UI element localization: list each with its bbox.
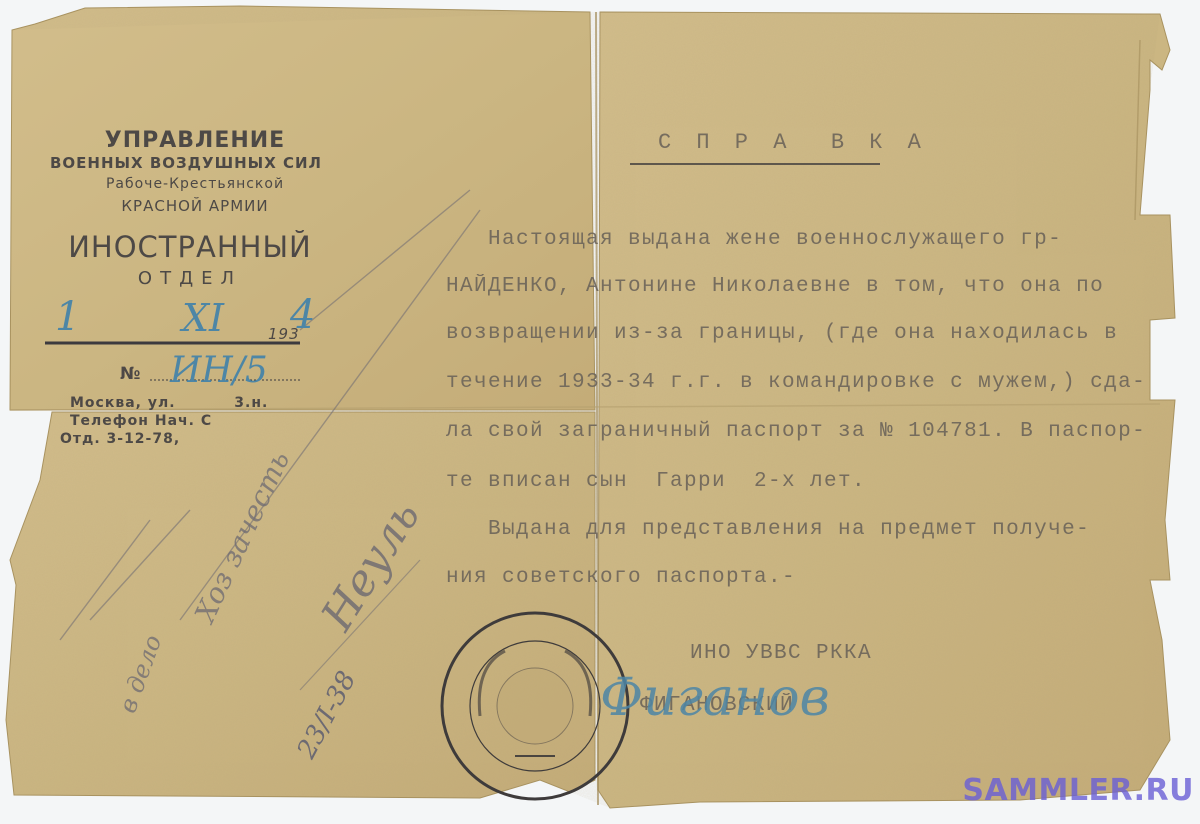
number-handwritten: ИН/5 <box>170 350 268 391</box>
stamp-department-sub: ОТДЕЛ <box>110 268 270 289</box>
address-line-1: Москва, ул. 3.н. <box>70 395 268 411</box>
body-line-4: течение 1933-34 г.г. в командировке с му… <box>446 371 1146 394</box>
watermark: SAMMLER.RU <box>962 773 1194 808</box>
date-month-handwritten: XI <box>182 296 224 340</box>
body-line-2: НАЙДЕНКО, Антонине Николаевне в том, что… <box>446 275 1104 298</box>
number-label: № <box>120 364 141 384</box>
date-year-handwritten: 4 <box>290 292 315 338</box>
body-line-8: ния советского паспорта.- <box>446 566 796 589</box>
body-line-1: Настоящая выдана жене военнослужащего гр… <box>446 228 1062 251</box>
stamp-line-workers: Рабоче-Крестьянской <box>60 176 330 192</box>
stamp-line-red-army: КРАСНОЙ АРМИИ <box>60 197 330 215</box>
body-line-6: те вписан сын Гарри 2-х лет. <box>446 470 866 493</box>
date-day-handwritten: 1 <box>55 294 80 340</box>
address-line-3: Отд. 3-12-78, <box>60 431 180 447</box>
document-title: С П Р А В К А <box>658 130 927 155</box>
document-scan: УПРАВЛЕНИЕ ВОЕННЫХ ВОЗДУШНЫХ СИЛ Рабоче-… <box>0 0 1200 824</box>
stamp-line-air-forces: ВОЕННЫХ ВОЗДУШНЫХ СИЛ <box>36 154 336 172</box>
body-line-3: возвращении из-за границы, (где она нахо… <box>446 322 1118 345</box>
address-line-2: Телефон Нач. С <box>70 413 212 429</box>
stamp-line-directorate: УПРАВЛЕНИЕ <box>60 128 330 153</box>
signature-handwritten: Фиганов <box>600 668 830 728</box>
body-line-7: Выдана для представления на предмет полу… <box>446 518 1090 541</box>
stamp-department: ИНОСТРАННЫЙ <box>30 230 350 264</box>
signature-title: ИНО УВВС РККА <box>690 642 872 665</box>
body-line-5: ла свой заграничный паспорт за № 104781.… <box>446 420 1146 443</box>
